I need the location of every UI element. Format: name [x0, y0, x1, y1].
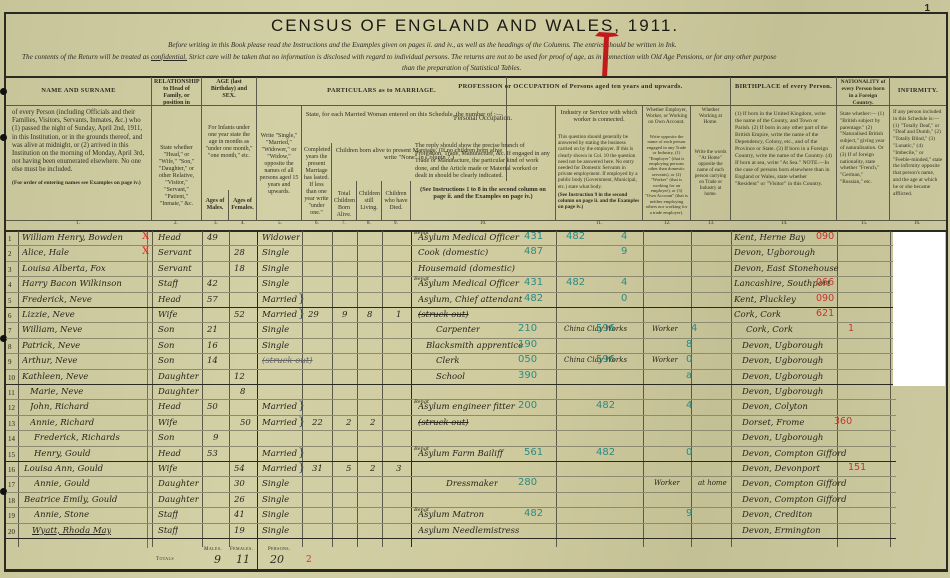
header-marriage-condition: Write "Single," "Married," "Widower," or… — [257, 105, 302, 220]
column-number: 11. — [596, 221, 602, 226]
age-female: 28 — [234, 248, 245, 258]
header-industry-text: This question should generally be answer… — [558, 134, 638, 190]
table-row: 20 Wyatt, Rhoda May Staff 19 Single Asyl… — [6, 524, 896, 539]
birthplace: Devon, East Stonehouse — [734, 264, 839, 274]
employment-code: 0 — [621, 293, 627, 304]
marital-condition: Single — [262, 526, 289, 536]
relationship: Son — [158, 433, 174, 443]
occupation-code: 050 — [518, 354, 537, 365]
header-age: AGE (last Birthday) and SEX. — [202, 77, 257, 105]
occupation: Cook (domestic) — [418, 248, 523, 258]
industry-code: 482 — [596, 400, 615, 411]
row-number: 18 — [8, 497, 15, 505]
page-title: CENSUS OF ENGLAND AND WALES, 1911. — [0, 16, 950, 36]
table-row: 12 John, Richard Head 50 Married } Bengt… — [6, 400, 896, 415]
table-row: 6 Lizzie, Neve Wife 52 Married } 29 9 8 … — [6, 308, 896, 323]
age-female: 52 — [234, 310, 245, 320]
children-died: 3 — [396, 464, 401, 474]
row-number: 6 — [8, 312, 12, 320]
column-number: 4. — [241, 221, 245, 226]
occupation-code: 431 — [524, 277, 543, 288]
birthplace-code: 1 — [848, 323, 854, 334]
employment-status: Worker — [652, 325, 678, 333]
red-ink-mark-icon — [587, 30, 627, 80]
occupation-code: 280 — [518, 477, 537, 488]
occupation: Asylum Farm Bailiff — [418, 449, 523, 459]
age-male: 16 — [207, 341, 218, 351]
marital-condition: Single — [262, 264, 289, 274]
person-name: Henry, Gould — [34, 449, 91, 459]
binding-hole-icon — [0, 134, 7, 141]
row-number: 3 — [8, 266, 12, 274]
header-employer: Whether Employer, Worker, or Working on … — [643, 105, 691, 132]
person-name: Alice, Hale — [22, 248, 69, 258]
row-number: 19 — [8, 512, 15, 520]
totals-persons: 20 — [270, 553, 284, 566]
row-number: 17 — [8, 481, 15, 489]
age-female: 41 — [234, 510, 245, 520]
totals-row: Totals Males. Females. Persons. 9 11 20 … — [6, 546, 896, 570]
occupation: School — [436, 372, 465, 382]
relationship: Staff — [158, 279, 178, 289]
table-row: 16 Louisa Ann, Gould Wife 54 Married } 3… — [6, 462, 896, 477]
header-home-body: Write the words "At Home" opposite the n… — [691, 132, 731, 220]
marital-condition: Single — [262, 479, 289, 489]
column-number: 3. — [214, 221, 218, 226]
birthplace: Devon, Ugborough — [734, 248, 815, 258]
birthplace: Devon, Ugborough — [742, 372, 823, 382]
age-female: 12 — [234, 372, 245, 382]
marital-condition: Married — [262, 464, 297, 474]
red-x-mark: X — [142, 231, 149, 242]
column-number: 1. — [76, 221, 80, 226]
row-number: 10 — [8, 374, 15, 382]
header-employer-body: Write opposite the name of each person e… — [643, 132, 691, 220]
relationship: Head — [158, 449, 181, 459]
birthplace: Devon, Crediton — [742, 510, 812, 520]
row-number: 8 — [8, 343, 12, 351]
children-total: 9 — [342, 310, 347, 320]
age-female: 50 — [240, 418, 251, 428]
birthplace: Devon, Ugborough — [742, 387, 823, 397]
age-female: 8 — [240, 387, 245, 397]
table-row: 8 Patrick, Neve Son 16 Single Blacksmith… — [6, 339, 896, 354]
relationship: Head — [158, 233, 181, 243]
marital-condition: Married — [262, 402, 297, 412]
table-row: 2 Alice, Hale X Servant 28 Single Cook (… — [6, 246, 896, 261]
birthplace-code: 151 — [848, 462, 866, 473]
totals-females-label: Females. — [230, 546, 253, 552]
relationship: Son — [158, 341, 174, 351]
occupation-code: 482 — [524, 293, 543, 304]
children-total: 2 — [346, 418, 351, 428]
person-name: Arthur, Neve — [22, 356, 77, 366]
relationship: Head — [158, 295, 181, 305]
marital-condition: Single — [262, 279, 289, 289]
header-personal-occupation: Personal Occupation. — [411, 105, 556, 132]
binding-hole-icon — [0, 88, 7, 95]
header-birthplace-body: (1) If born in the United Kingdom, write… — [731, 105, 837, 220]
birthplace-code: 066 — [816, 277, 834, 288]
occupation: Clerk — [436, 356, 459, 366]
relationship: Daughter — [158, 479, 199, 489]
age-male: 21 — [207, 325, 218, 335]
occupation: Asylum Matron — [418, 510, 523, 520]
instruction-text: The contents of the Return will be treat… — [22, 53, 151, 61]
relationship: Son — [158, 325, 174, 335]
occupation-struck: (struck out) — [418, 310, 469, 320]
age-male: 49 — [207, 233, 218, 243]
header-marriage-years: Completed years the present Marriage has… — [302, 143, 332, 220]
person-name: Kathleen, Neve — [22, 372, 88, 382]
header-birthplace: BIRTHPLACE of every Person. — [731, 77, 837, 105]
table-row: 7 William, Neve Son 21 Single Carpenter … — [6, 323, 896, 338]
working-at-home: at home — [698, 479, 727, 487]
birthplace: Devon, Compton Gifford — [742, 449, 847, 459]
marital-condition-struck: (struck out) — [262, 356, 313, 366]
birthplace: Devon, Ugborough — [742, 341, 823, 351]
totals-persons-label: Persons. — [268, 546, 291, 552]
row-number: 20 — [8, 528, 15, 536]
totals-red-note: 2 — [306, 555, 312, 565]
employment-code: 4 — [691, 323, 697, 334]
occupation: Asylum Medical Officer — [418, 279, 523, 289]
instruction-text: Strict care will be taken that no inform… — [187, 53, 776, 61]
marriage-years: 31 — [312, 464, 323, 474]
birthplace-code: 360 — [834, 416, 852, 427]
employment-code: 4 — [621, 231, 627, 242]
children-died: 1 — [396, 310, 401, 320]
occupation: Carpenter — [436, 325, 480, 335]
occupation: Blacksmith apprentice — [426, 341, 523, 351]
row-number: 4 — [8, 281, 12, 289]
header-infirmity: INFIRMITY. — [890, 77, 946, 105]
occupation-code: 190 — [518, 339, 537, 350]
employment-code: 9 — [686, 508, 692, 519]
marriage-brace-icon: } — [298, 307, 305, 320]
birthplace: Devon, Devonport — [742, 464, 820, 474]
table-row: 5 Frederick, Neve Head 57 Married } Asyl… — [6, 293, 896, 308]
relationship: Staff — [158, 526, 178, 536]
birthplace: Devon, Compton Gifford — [742, 479, 847, 489]
marital-condition: Married — [262, 310, 297, 320]
birthplace-code: 090 — [816, 231, 834, 242]
row-number: 9 — [8, 358, 12, 366]
person-name: Patrick, Neve — [22, 341, 80, 351]
header-children-living: Children still Living. — [357, 181, 382, 220]
relationship: Wife — [158, 464, 177, 474]
relationship: Wife — [158, 310, 177, 320]
person-name: Beatrice Emily, Gould — [24, 495, 117, 505]
industry-code: 482 — [566, 231, 585, 242]
header-name-footer: (For order of entering names see Example… — [12, 179, 145, 187]
red-x-mark: X — [142, 246, 149, 257]
marital-condition: Married — [262, 295, 297, 305]
children-total: 5 — [346, 464, 351, 474]
header-industry-body: This question should generally be answer… — [556, 132, 643, 220]
person-name: Annie, Stone — [34, 510, 89, 520]
column-number: 12. — [664, 221, 670, 226]
header-total-children: Total Children Born Alive. — [332, 181, 357, 220]
row-number: 1 — [8, 235, 12, 243]
relationship: Wife — [158, 418, 177, 428]
marital-condition: Single — [262, 248, 289, 258]
birthplace: Dorset, Frome — [742, 418, 804, 428]
marriage-brace-icon: } — [298, 446, 305, 459]
redacted-infirmity-area — [893, 232, 945, 386]
person-name: Marie, Neve — [30, 387, 83, 397]
age-female: 30 — [234, 479, 245, 489]
header-relationship: RELATIONSHIP to Head of Family, or posit… — [152, 77, 202, 105]
totals-males: 9 — [214, 553, 221, 566]
person-name: William Henry, Bowden — [22, 233, 123, 243]
header-industry-footer: (See Instruction 9 in the second column … — [558, 192, 640, 211]
column-number: 7. — [342, 221, 346, 226]
age-male: 53 — [207, 449, 218, 459]
birthplace: Devon, Ugborough — [742, 433, 823, 443]
birthplace: Cork, Cork — [734, 310, 781, 320]
employment-code: 8 — [686, 339, 692, 350]
birthplace: Kent, Herne Bay — [734, 233, 805, 243]
person-name: Harry Bacon Wilkinson — [22, 279, 122, 289]
row-number: 16 — [8, 466, 15, 474]
birthplace-code: 621 — [816, 308, 834, 319]
header-children-died: Children who have Died. — [382, 181, 411, 220]
row-number: 15 — [8, 451, 15, 459]
industry-code: 482 — [566, 277, 585, 288]
header-age-males: Ages of Males. — [202, 190, 229, 220]
person-name: Wyatt, Rhoda May — [32, 526, 111, 536]
birthplace: Devon, Ermington — [742, 526, 821, 536]
person-name: Frederick, Richards — [34, 433, 120, 443]
occupation-code: 482 — [524, 508, 543, 519]
birthplace: Cork, Cork — [746, 325, 793, 335]
occupation-code: 431 — [524, 231, 543, 242]
relationship: Daughter — [158, 387, 199, 397]
marriage-years: 29 — [308, 310, 319, 320]
marital-condition: Single — [262, 341, 289, 351]
industry-code: 596 — [596, 354, 615, 365]
employment-status: Worker — [652, 356, 678, 364]
table-row: 13 Annie, Richard Wife 50 Married } 22 2… — [6, 416, 896, 431]
column-number: 15. — [861, 221, 867, 226]
column-number: 16. — [914, 221, 920, 226]
column-number: 5. — [278, 221, 282, 226]
column-number: 14. — [781, 221, 787, 226]
person-name: Frederick, Neve — [22, 295, 92, 305]
column-number: 10. — [480, 221, 486, 226]
marital-condition: Single — [262, 510, 289, 520]
employment-code: 4 — [621, 277, 627, 288]
marital-condition: Single — [262, 495, 289, 505]
totals-females: 11 — [236, 553, 250, 566]
header-personal-occupation-body: The reply should show the precise branch… — [411, 132, 556, 220]
header-home: Whether Working at Home. — [691, 105, 731, 132]
row-number: 5 — [8, 297, 12, 305]
table-row: 14 Frederick, Richards Son 9 Devon, Ugbo… — [6, 431, 896, 446]
row-number: 2 — [8, 250, 12, 258]
row-number: 13 — [8, 420, 15, 428]
age-male: 50 — [207, 402, 218, 412]
industry-code: 596 — [596, 323, 615, 334]
person-name: Annie, Richard — [30, 418, 94, 428]
totals-label: Totals — [156, 556, 174, 562]
table-row: 3 Louisa Alberta, Fox Servant 18 Single … — [6, 262, 896, 277]
person-name: John, Richard — [30, 402, 89, 412]
occupation: Asylum engineer fitter — [418, 402, 518, 412]
table-row: 1 William Henry, Bowden X Head 49 Widowe… — [6, 231, 896, 246]
relationship: Son — [158, 356, 174, 366]
employment-code: 4 — [686, 400, 692, 411]
header-occupation-text: The reply should show the precise branch… — [415, 142, 550, 179]
age-female: 54 — [234, 464, 245, 474]
industry-code: 482 — [596, 447, 615, 458]
header-nationality: NATIONALITY of every Person born in a Fo… — [837, 77, 890, 105]
relationship: Head — [158, 402, 181, 412]
birthplace-code: 090 — [816, 293, 834, 304]
age-female: 18 — [234, 264, 245, 274]
occupation: Asylum, Chief attendant — [418, 295, 523, 305]
header-age-females: Ages of Females. — [229, 190, 257, 220]
table-row: 10 Kathleen, Neve Daughter 12 School 390… — [6, 370, 896, 385]
relationship: Daughter — [158, 372, 199, 382]
person-name: Lizzie, Neve — [22, 310, 75, 320]
row-number: 12 — [8, 404, 15, 412]
children-living: 2 — [370, 464, 375, 474]
marriage-brace-icon: } — [298, 399, 305, 412]
table-row: 18 Beatrice Emily, Gould Daughter 26 Sin… — [6, 493, 896, 508]
employment-code: 9 — [621, 246, 627, 257]
table-row: 11 Marie, Neve Daughter 8 Devon, Ugborou… — [6, 385, 896, 400]
relationship: Servant — [158, 248, 192, 258]
header-name-body: of every Person (including Officials and… — [6, 105, 152, 220]
census-sheet: 1 CENSUS OF ENGLAND AND WALES, 1911. Bef… — [0, 0, 950, 578]
age-female: 19 — [234, 526, 245, 536]
marriage-brace-icon: } — [298, 461, 305, 474]
employment-code: 0 — [686, 354, 692, 365]
totals-males-label: Males. — [204, 546, 222, 552]
marriage-years: 22 — [312, 418, 323, 428]
occupation: Dressmaker — [446, 479, 498, 489]
marital-condition: Married — [262, 449, 297, 459]
column-number: 6. — [315, 221, 319, 226]
employment-code: a — [686, 370, 692, 381]
employment-status: Worker — [654, 479, 680, 487]
divider — [6, 105, 946, 106]
age-male: 57 — [207, 295, 218, 305]
person-name: Louisa Ann, Gould — [24, 464, 103, 474]
marriage-brace-icon: } — [298, 415, 305, 428]
header-infirmity-body: If any person included in this Schedule … — [890, 105, 946, 220]
header-occupation: PROFESSION or OCCUPATION of Persons aged… — [411, 77, 731, 105]
row-number: 14 — [8, 435, 15, 443]
occupation-code: 487 — [524, 246, 543, 257]
column-number: 13. — [708, 221, 714, 226]
header-industry: Industry or Service with which worker is… — [556, 105, 643, 132]
relationship: Servant — [158, 264, 192, 274]
occupation: Asylum Needlemistress — [418, 526, 543, 536]
marriage-brace-icon: } — [298, 292, 305, 305]
header-name-text: of every Person (including Officials and… — [12, 109, 144, 173]
header-age-body: For Infants under one year state the age… — [202, 105, 257, 190]
header-relationship-body: State whether "Head," or "Wife," "Son," … — [152, 105, 202, 220]
relationship: Daughter — [158, 495, 199, 505]
table-row: 19 Annie, Stone Staff 41 Single Bengt As… — [6, 508, 896, 523]
occupation-code: 210 — [518, 323, 537, 334]
birthplace: Devon, Ugborough — [742, 356, 823, 366]
age-male: 14 — [207, 356, 218, 366]
column-number: 2. — [174, 221, 178, 226]
marital-condition: Married — [262, 418, 297, 428]
relationship: Staff — [158, 510, 178, 520]
employment-code: 0 — [686, 447, 692, 458]
occupation-code: 561 — [524, 447, 543, 458]
instruction-line-3: than the preparation of Statistical Tabl… — [402, 64, 521, 72]
confidential-text: confidential. — [151, 53, 187, 61]
row-number: 7 — [8, 327, 12, 335]
children-living: 2 — [370, 418, 375, 428]
table-row: 15 Henry, Gould Head 53 Married } Bengt … — [6, 447, 896, 462]
marital-condition: Single — [262, 325, 289, 335]
person-name: Louisa Alberta, Fox — [22, 264, 106, 274]
instruction-line-2: The contents of the Return will be treat… — [22, 53, 776, 61]
person-name: William, Neve — [22, 325, 82, 335]
occupation: Housemaid (domestic) — [418, 264, 543, 274]
birthplace: Devon, Colyton — [742, 402, 808, 412]
age-male: 9 — [213, 433, 218, 443]
age-male: 42 — [207, 279, 218, 289]
header-occupation-footer: (See Instructions 1 to 8 in the second c… — [415, 186, 551, 201]
occupation-code: 200 — [518, 400, 537, 411]
column-number: 9. — [394, 221, 398, 226]
table-row: 9 Arthur, Neve Son 14 (struck out) Clerk… — [6, 354, 896, 369]
column-number: 8. — [367, 221, 371, 226]
page-number: 1 — [924, 3, 930, 14]
birthplace: Devon, Compton Gifford — [742, 495, 847, 505]
birthplace: Kent, Pluckley — [734, 295, 796, 305]
header-name: NAME AND SURNAME — [6, 77, 152, 105]
person-name: Annie, Gould — [34, 479, 90, 489]
age-female: 26 — [234, 495, 245, 505]
table-row: 4 Harry Bacon Wilkinson Staff 42 Single … — [6, 277, 896, 292]
row-number: 11 — [8, 389, 15, 397]
table-row: 17 Annie, Gould Daughter 30 Single Dress… — [6, 477, 896, 492]
header-nationality-body: State whether:— (1) "British subject by … — [837, 105, 890, 220]
children-living: 8 — [367, 310, 372, 320]
marital-condition: Widower — [262, 233, 300, 243]
occupation-struck: (struck out) — [418, 418, 469, 428]
occupation-code: 390 — [518, 370, 537, 381]
